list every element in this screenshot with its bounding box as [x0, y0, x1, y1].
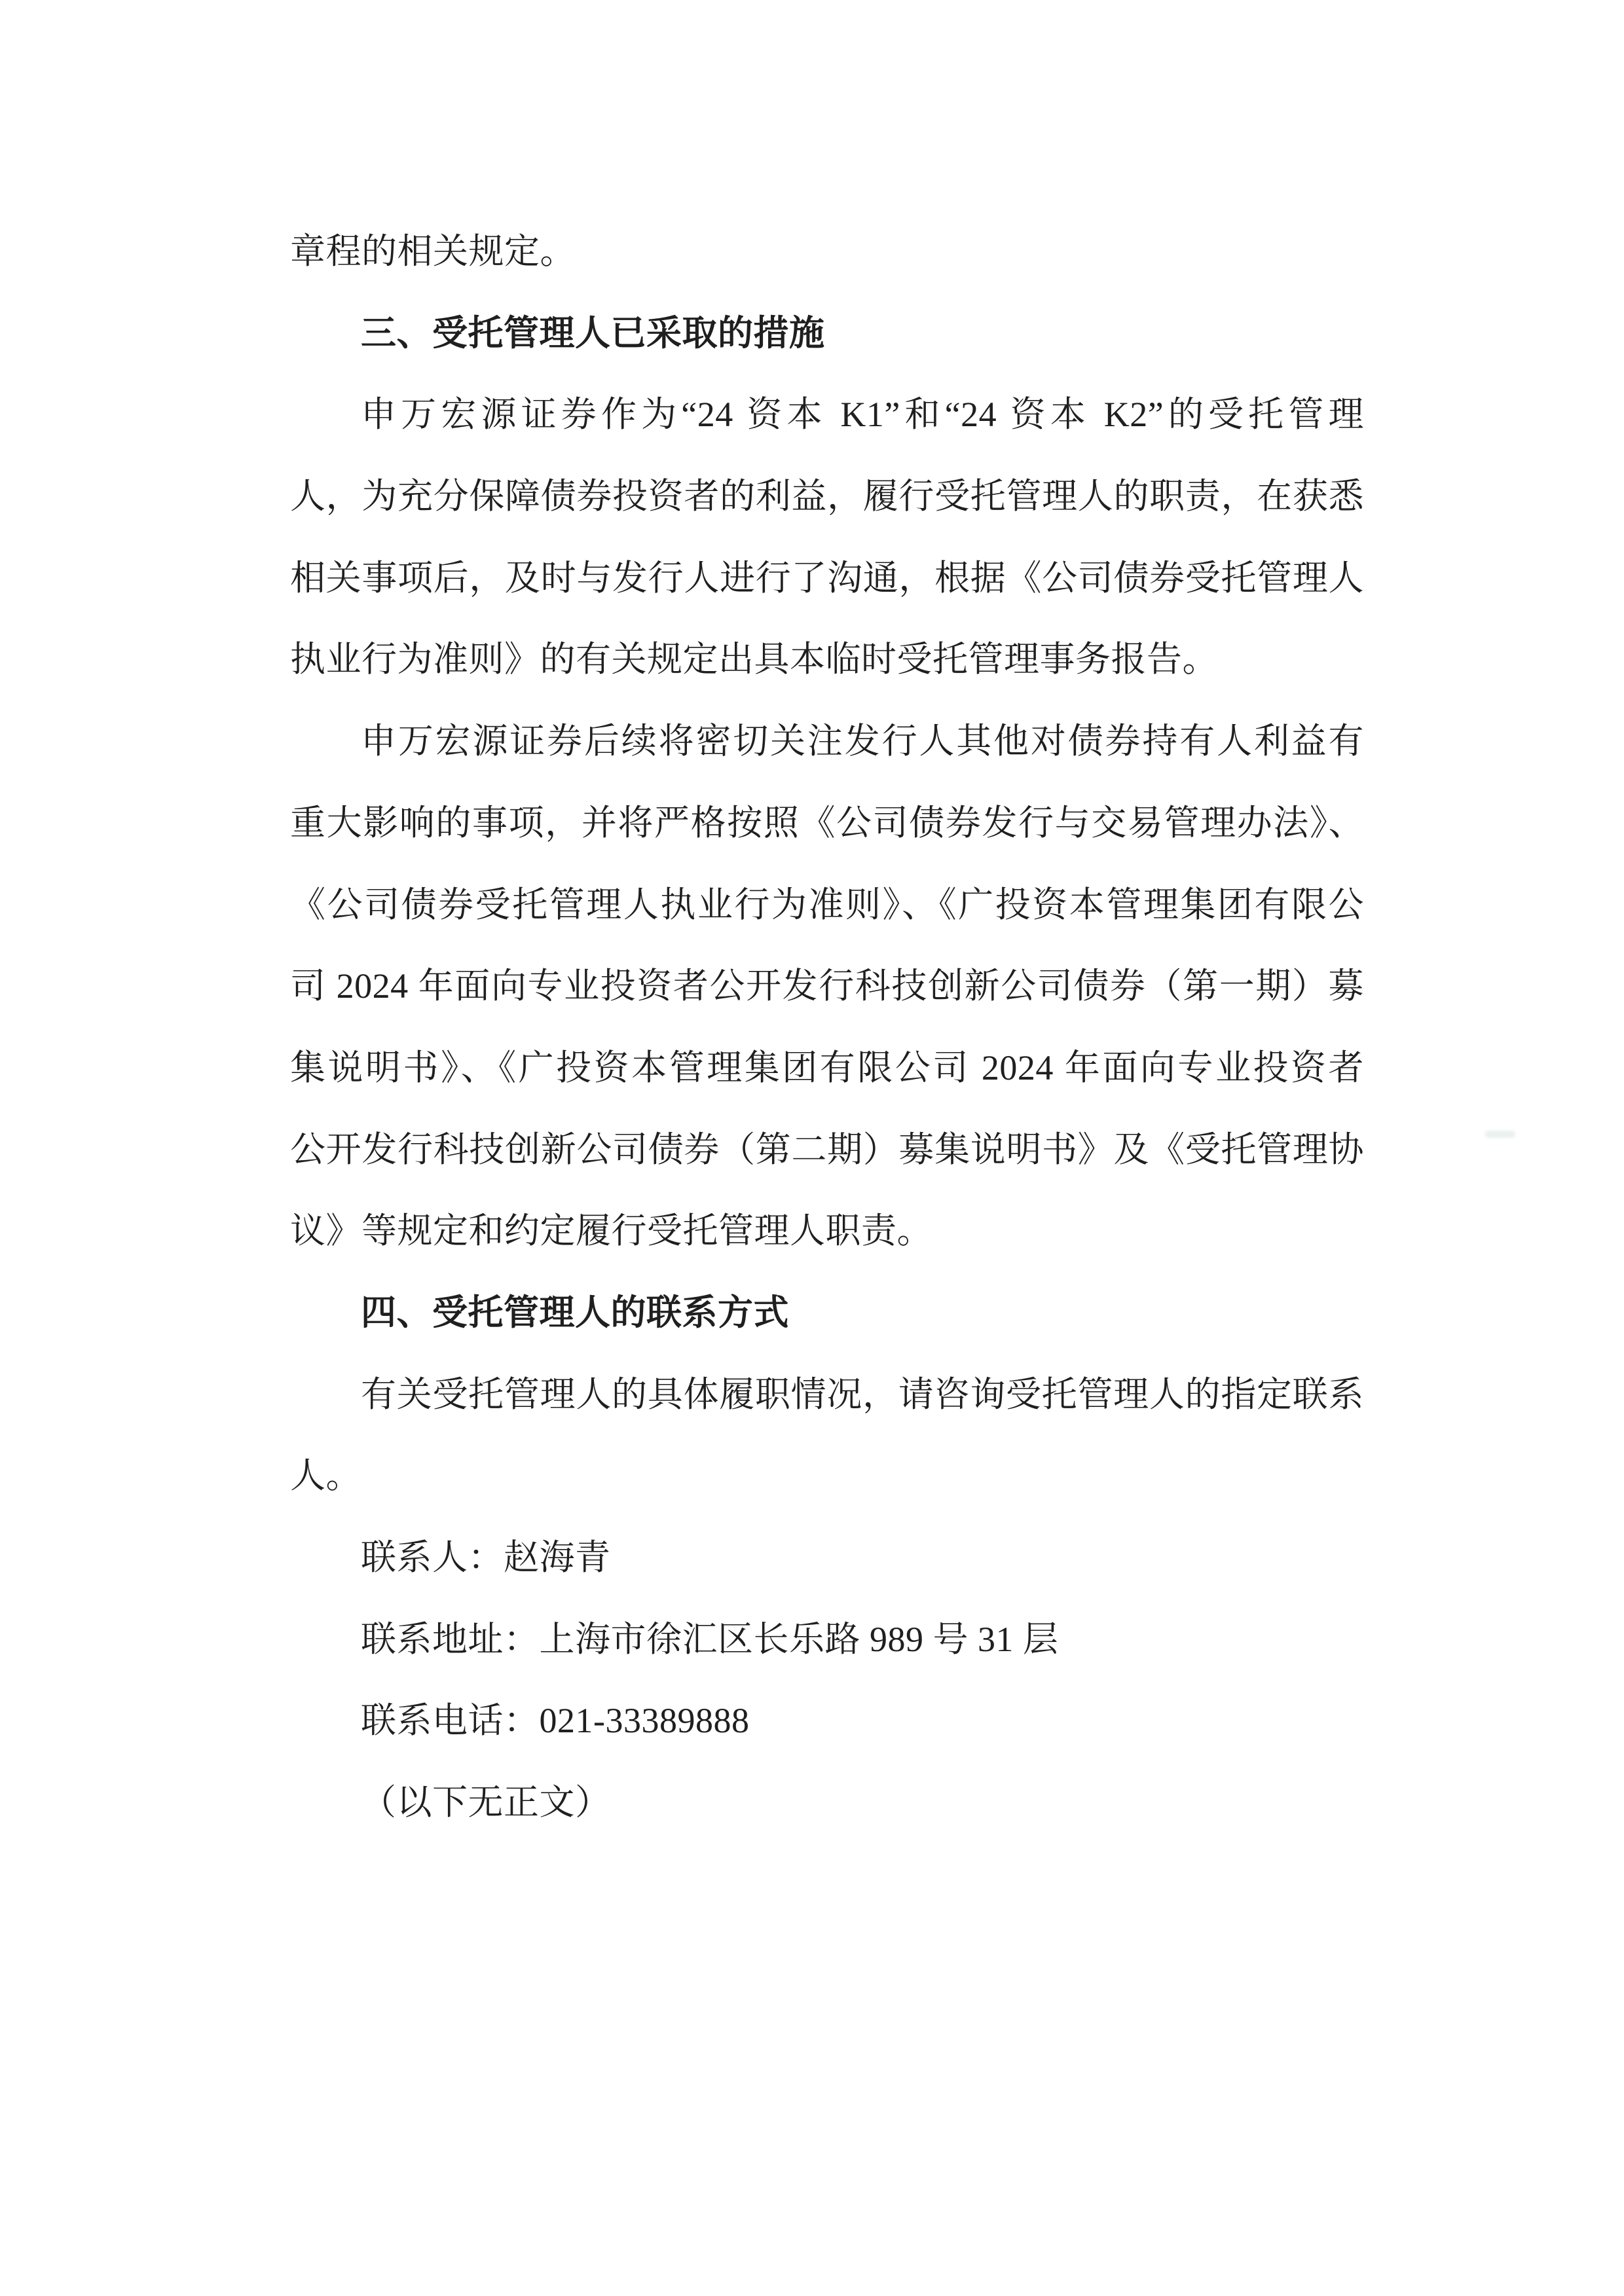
section-3-paragraph-1-line-3: 相关事项后，及时与发行人进行了沟通，根据《公司债券受托管理人: [290, 538, 1364, 619]
section-4-paragraph-line-1: 有关受托管理人的具体履职情况，请咨询受托管理人的指定联系: [290, 1354, 1364, 1436]
section-3-paragraph-2-line-4: 司 2024 年面向专业投资者公开发行科技创新公司债券（第一期）募: [290, 945, 1364, 1027]
section-4-paragraph-line-2: 人。: [290, 1435, 1364, 1517]
section-3-paragraph-2-line-6: 公开发行科技创新公司债券（第二期）募集说明书》及《受托管理协: [290, 1109, 1364, 1191]
section-3-paragraph-2-line-5: 集说明书》、《广投资本管理集团有限公司 2024 年面向专业投资者: [290, 1027, 1364, 1109]
section-3-paragraph-2-line-7: 议》等规定和约定履行受托管理人职责。: [290, 1190, 1364, 1272]
section-3-paragraph-2-line-1: 申万宏源证券后续将密切关注发行人其他对债券持有人利益有: [290, 701, 1364, 782]
section-3-paragraph-2-line-2: 重大影响的事项，并将严格按照《公司债券发行与交易管理办法》、: [290, 782, 1364, 864]
document-text-block: 章程的相关规定。 三、受托管理人已采取的措施 申万宏源证券作为“24 资本 K1…: [290, 211, 1364, 1844]
contact-person-line: 联系人：赵海青: [290, 1517, 1364, 1599]
section-3-paragraph-1-line-1: 申万宏源证券作为“24 资本 K1”和“24 资本 K2”的受托管理: [290, 374, 1364, 456]
section-4-heading: 四、受托管理人的联系方式: [290, 1272, 1364, 1354]
paragraph-continuation-line: 章程的相关规定。: [290, 211, 1364, 293]
section-3-paragraph-1-line-2: 人，为充分保障债券投资者的利益，履行受托管理人的职责，在获悉: [290, 456, 1364, 538]
section-3-heading: 三、受托管理人已采取的措施: [290, 293, 1364, 374]
contact-address-line: 联系地址：上海市徐汇区长乐路 989 号 31 层: [290, 1599, 1364, 1681]
document-page: 章程的相关规定。 三、受托管理人已采取的措施 申万宏源证券作为“24 资本 K1…: [0, 0, 1624, 2296]
section-3-paragraph-1-line-4: 执业行为准则》的有关规定出具本临时受托管理事务报告。: [290, 619, 1364, 701]
section-3-paragraph-2-line-3: 《公司债券受托管理人执业行为准则》、《广投资本管理集团有限公: [290, 864, 1364, 946]
scan-smudge-artifact: [1485, 1131, 1515, 1138]
contact-phone-line: 联系电话：021-33389888: [290, 1680, 1364, 1762]
no-more-text-note: （以下无正文）: [290, 1762, 1364, 1844]
